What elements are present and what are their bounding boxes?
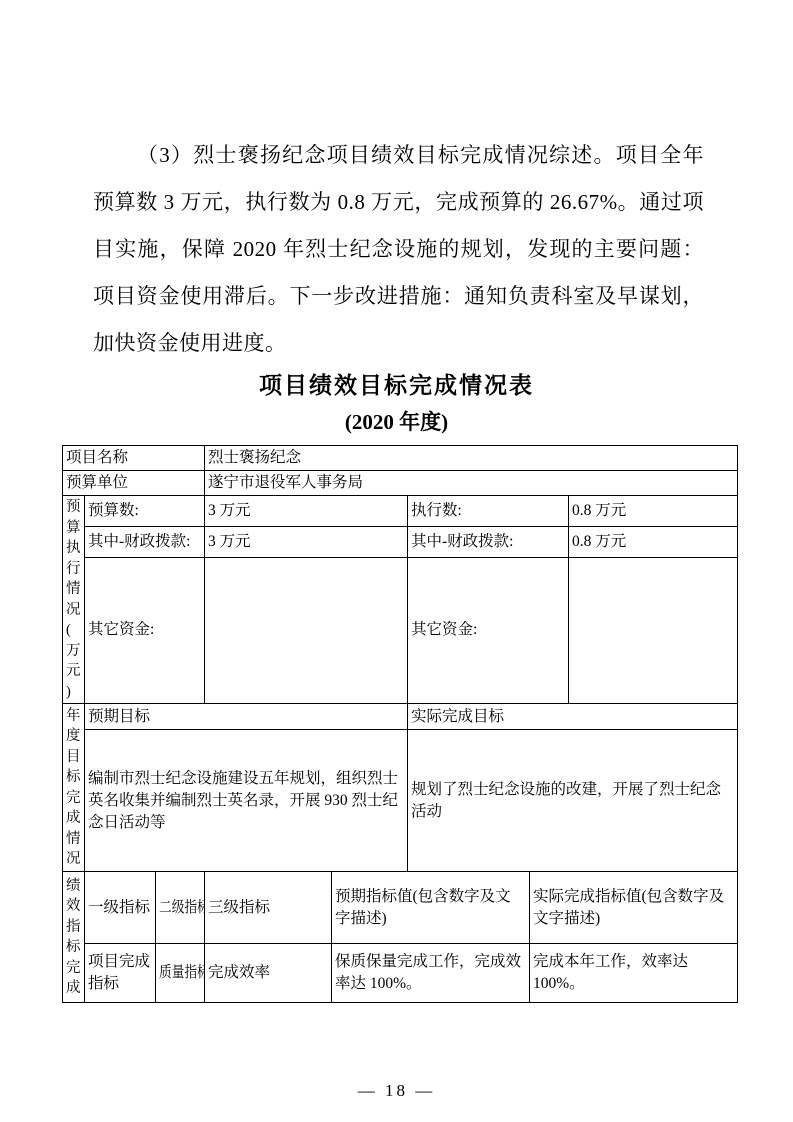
page-number: — 18 — [0, 1081, 793, 1101]
indicator-expected-value: 保质保量完成工作，完成效率达 100%。 [332, 944, 530, 1003]
table-title: 项目绩效目标完成情况表 [0, 371, 793, 401]
actual-goal-label: 实际完成目标 [408, 704, 738, 730]
indicator-col-actual: 实际完成指标值(包含数字及文字描述) [530, 872, 738, 944]
indicator-col-level2-text: 二级指标 [159, 897, 205, 919]
indicator-level2-value: 质量指标 [156, 944, 205, 1003]
indicator-actual-value: 完成本年工作，效率达 100%。 [530, 944, 738, 1003]
budget-amount-label: 预算数: [85, 496, 205, 527]
executed-amount-value: 0.8 万元 [569, 496, 738, 527]
executed-amount-label: 执行数: [408, 496, 569, 527]
indicator-col-expected: 预期指标值(包含数字及文字描述) [332, 872, 530, 944]
row-goal-headers: 年度目标完成情况 预期目标 实际完成目标 [63, 704, 738, 730]
budget-section-header: 预算执行情况(万元) [63, 496, 85, 704]
expected-goal-text: 编制市烈士纪念设施建设五年规划，组织烈士英名收集并编制烈士英名录，开展 930 … [85, 730, 408, 872]
summary-paragraph: （3）烈士褒扬纪念项目绩效目标完成情况综述。项目全年预算数 3 万元，执行数为 … [93, 132, 704, 367]
project-name-value: 烈士褒扬纪念 [205, 446, 738, 471]
project-name-label: 项目名称 [63, 446, 205, 471]
performance-table: 项目名称 烈士褒扬纪念 预算单位 遂宁市退役军人事务局 预算执行情况(万元) 预… [62, 445, 738, 1003]
fiscal-allocation-executed-value: 0.8 万元 [569, 526, 738, 557]
row-goal-texts: 编制市烈士纪念设施建设五年规划，组织烈士英名收集并编制烈士英名录，开展 930 … [63, 730, 738, 872]
indicator-level1-value: 项目完成指标 [85, 944, 156, 1003]
expected-goal-label: 预期目标 [85, 704, 408, 730]
table-subtitle: (2020 年度) [0, 407, 793, 437]
row-budget-unit: 预算单位 遂宁市退役军人事务局 [63, 471, 738, 496]
row-budget-amount: 预算执行情况(万元) 预算数: 3 万元 执行数: 0.8 万元 [63, 496, 738, 527]
other-funds-label: 其它资金: [85, 557, 205, 703]
row-indicator-values: 项目完成指标 质量指标 完成效率 保质保量完成工作，完成效率达 100%。 完成… [63, 944, 738, 1003]
other-funds-executed-value [569, 557, 738, 703]
indicator-level3-value: 完成效率 [205, 944, 332, 1003]
row-project-name: 项目名称 烈士褒扬纪念 [63, 446, 738, 471]
fiscal-allocation-executed-label: 其中-财政拨款: [408, 526, 569, 557]
indicator-col-level3: 三级指标 [205, 872, 332, 944]
indicator-section-header: 绩效指标完成 [63, 872, 85, 1003]
annual-goal-section-header: 年度目标完成情况 [63, 704, 85, 872]
budget-unit-label: 预算单位 [63, 471, 205, 496]
other-funds-value [205, 557, 408, 703]
budget-amount-value: 3 万元 [205, 496, 408, 527]
indicator-level2-value-text: 质量指标 [159, 962, 205, 984]
row-fiscal-allocation: 其中-财政拨款: 3 万元 其中-财政拨款: 0.8 万元 [63, 526, 738, 557]
indicator-col-level1: 一级指标 [85, 872, 156, 944]
actual-goal-text: 规划了烈士纪念设施的改建，开展了烈士纪念活动 [408, 730, 738, 872]
indicator-col-level2: 二级指标 [156, 872, 205, 944]
row-indicator-headers: 绩效指标完成 一级指标 二级指标 三级指标 预期指标值(包含数字及文字描述) 实… [63, 872, 738, 944]
row-other-funds: 其它资金: 其它资金: [63, 557, 738, 703]
other-funds-executed-label: 其它资金: [408, 557, 569, 703]
fiscal-allocation-label: 其中-财政拨款: [85, 526, 205, 557]
fiscal-allocation-value: 3 万元 [205, 526, 408, 557]
document-page: （3）烈士褒扬纪念项目绩效目标完成情况综述。项目全年预算数 3 万元，执行数为 … [0, 0, 793, 1122]
budget-unit-value: 遂宁市退役军人事务局 [205, 471, 738, 496]
